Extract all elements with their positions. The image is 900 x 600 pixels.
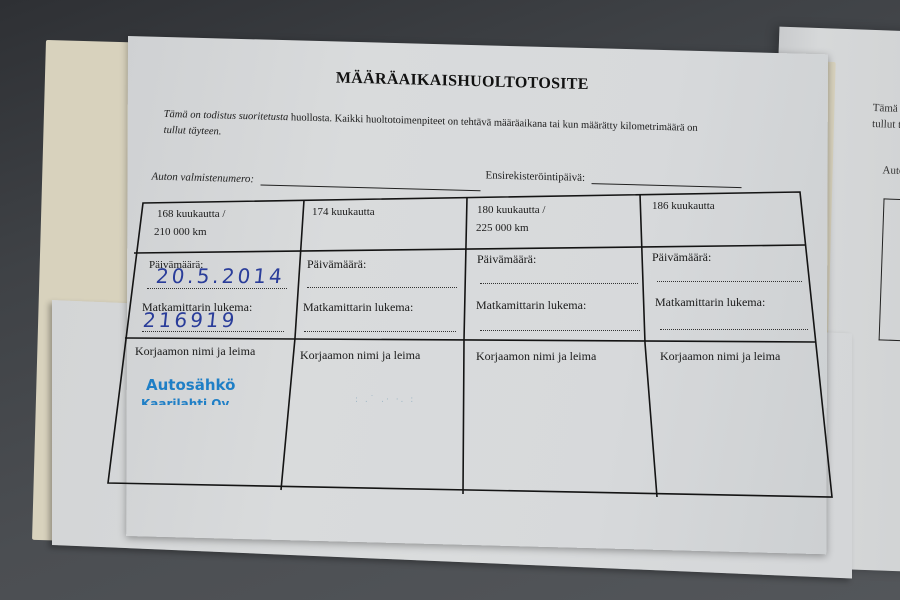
faded-stamp-marks: : .˙ .· ·. : xyxy=(355,395,415,405)
vin-field[interactable]: Auton valmistenumero: xyxy=(151,171,480,192)
odometer-line-1 xyxy=(142,331,284,332)
intro-italic: Tämä on todistus suoritetusta xyxy=(164,109,289,123)
odometer-line-4[interactable] xyxy=(660,329,808,330)
first-registration-input[interactable] xyxy=(591,173,741,188)
page-title: MÄÄRÄAIKAISHUOLTOTOSITE xyxy=(336,69,589,94)
interval-3-line2: 225 000 km xyxy=(476,222,529,234)
next-page-field-fragment: Auto xyxy=(882,164,900,177)
date-line-3[interactable] xyxy=(480,283,638,284)
date-label-4: Päivämäärä: xyxy=(652,250,711,265)
interval-1-line2: 210 000 km xyxy=(154,226,207,238)
workshop-stamp-line2: Kaarilahti Oy xyxy=(141,397,229,405)
date-line-4[interactable] xyxy=(657,281,802,282)
workshop-label-1: Korjaamon nimi ja leima xyxy=(135,344,255,359)
vin-input[interactable] xyxy=(260,174,480,191)
first-registration-label: Ensirekisteröintipäivä: xyxy=(486,169,586,184)
next-page-intro-fragment-2: tullut t xyxy=(872,118,900,131)
workshop-label-4: Korjaamon nimi ja leima xyxy=(660,349,780,364)
date-label-2: Päivämäärä: xyxy=(307,257,366,272)
date-line-2[interactable] xyxy=(307,287,457,288)
odometer-label-2: Matkamittarin lukema: xyxy=(303,300,413,315)
next-page-intro-fragment: Tämä o xyxy=(872,102,900,115)
workshop-label-3: Korjaamon nimi ja leima xyxy=(476,349,596,364)
next-page-table xyxy=(879,198,900,343)
intro-text: Tämä on todistus suoritetusta huollosta.… xyxy=(164,107,794,155)
odometer-label-3: Matkamittarin lukema: xyxy=(476,298,586,313)
interval-4-line1: 186 kuukautta xyxy=(652,200,715,212)
workshop-label-2: Korjaamon nimi ja leima xyxy=(300,348,420,363)
odometer-line-2[interactable] xyxy=(304,331,456,332)
interval-1-line1: 168 kuukautta / xyxy=(157,208,225,220)
odometer-label-4: Matkamittarin lukema: xyxy=(655,295,765,310)
date-value-1[interactable]: 20.5.2014 xyxy=(155,264,286,288)
interval-2-line1: 174 kuukautta xyxy=(312,206,375,218)
interval-3-line1: 180 kuukautta / xyxy=(477,204,545,216)
date-line-1 xyxy=(147,288,287,289)
vin-label: Auton valmistenumero: xyxy=(151,171,254,186)
first-registration-field[interactable]: Ensirekisteröintipäivä: xyxy=(486,169,742,188)
intro-rest: huollosta. Kaikki huoltotoimenpiteet on … xyxy=(288,112,697,134)
intro-line-2: tullut täyteen. xyxy=(164,125,222,138)
workshop-stamp-line1: Autosähkö xyxy=(146,376,235,394)
odometer-line-3[interactable] xyxy=(480,330,640,331)
odometer-value-1[interactable]: 216919 xyxy=(142,308,239,332)
date-label-3: Päivämäärä: xyxy=(477,252,536,267)
